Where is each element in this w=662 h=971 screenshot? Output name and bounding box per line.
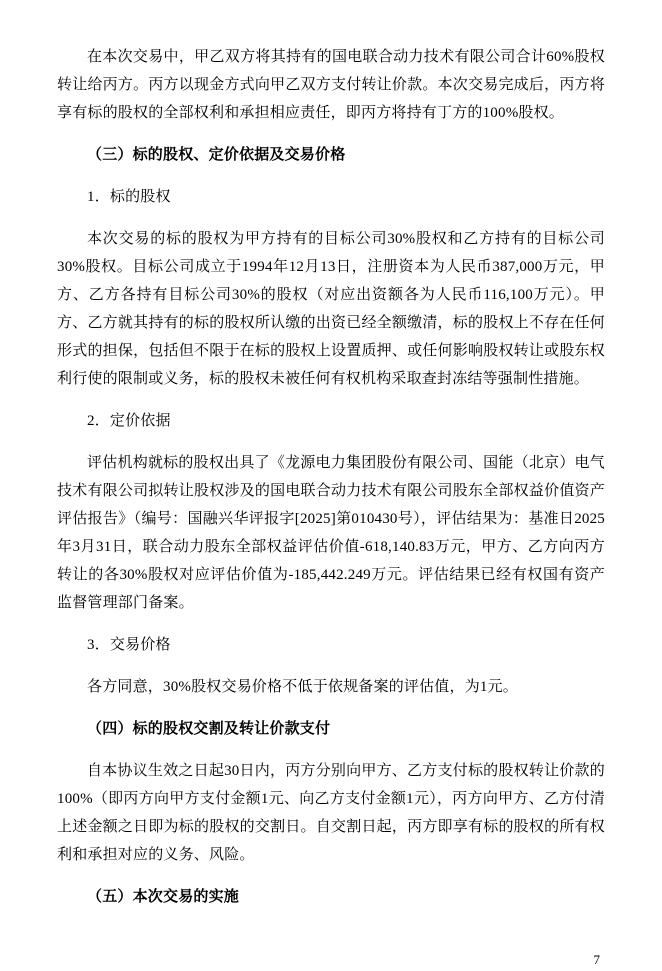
subheading-3-transaction-price: 3．交易价格 xyxy=(57,631,605,659)
heading-section-3-target-equity-pricing: （三）标的股权、定价依据及交易价格 xyxy=(57,141,605,169)
document-page: 在本次交易中，甲乙双方将其持有的国电联合动力技术有限公司合计60%股权转让给丙方… xyxy=(0,0,662,971)
paragraph-target-equity-details: 本次交易的标的股权为甲方持有的目标公司30%股权和乙方持有的目标公司30%股权。… xyxy=(57,225,605,393)
paragraph-valuation-report: 评估机构就标的股权出具了《龙源电力集团股份有限公司、国能（北京）电气技术有限公司… xyxy=(57,449,605,617)
paragraph-transaction-overview: 在本次交易中，甲乙双方将其持有的国电联合动力技术有限公司合计60%股权转让给丙方… xyxy=(57,43,605,127)
subheading-1-target-equity: 1．标的股权 xyxy=(57,183,605,211)
page-number: 7 xyxy=(594,953,601,966)
heading-section-5-implementation: （五）本次交易的实施 xyxy=(57,883,605,911)
subheading-2-pricing-basis: 2．定价依据 xyxy=(57,407,605,435)
heading-section-4-delivery-payment: （四）标的股权交割及转让价款支付 xyxy=(57,715,605,743)
document-content: 在本次交易中，甲乙双方将其持有的国电联合动力技术有限公司合计60%股权转让给丙方… xyxy=(57,43,605,925)
paragraph-transaction-price: 各方同意，30%股权交易价格不低于依规备案的评估值，为1元。 xyxy=(57,673,605,701)
paragraph-payment-terms: 自本协议生效之日起30日内，丙方分别向甲方、乙方支付标的股权转让价款的100%（… xyxy=(57,757,605,869)
